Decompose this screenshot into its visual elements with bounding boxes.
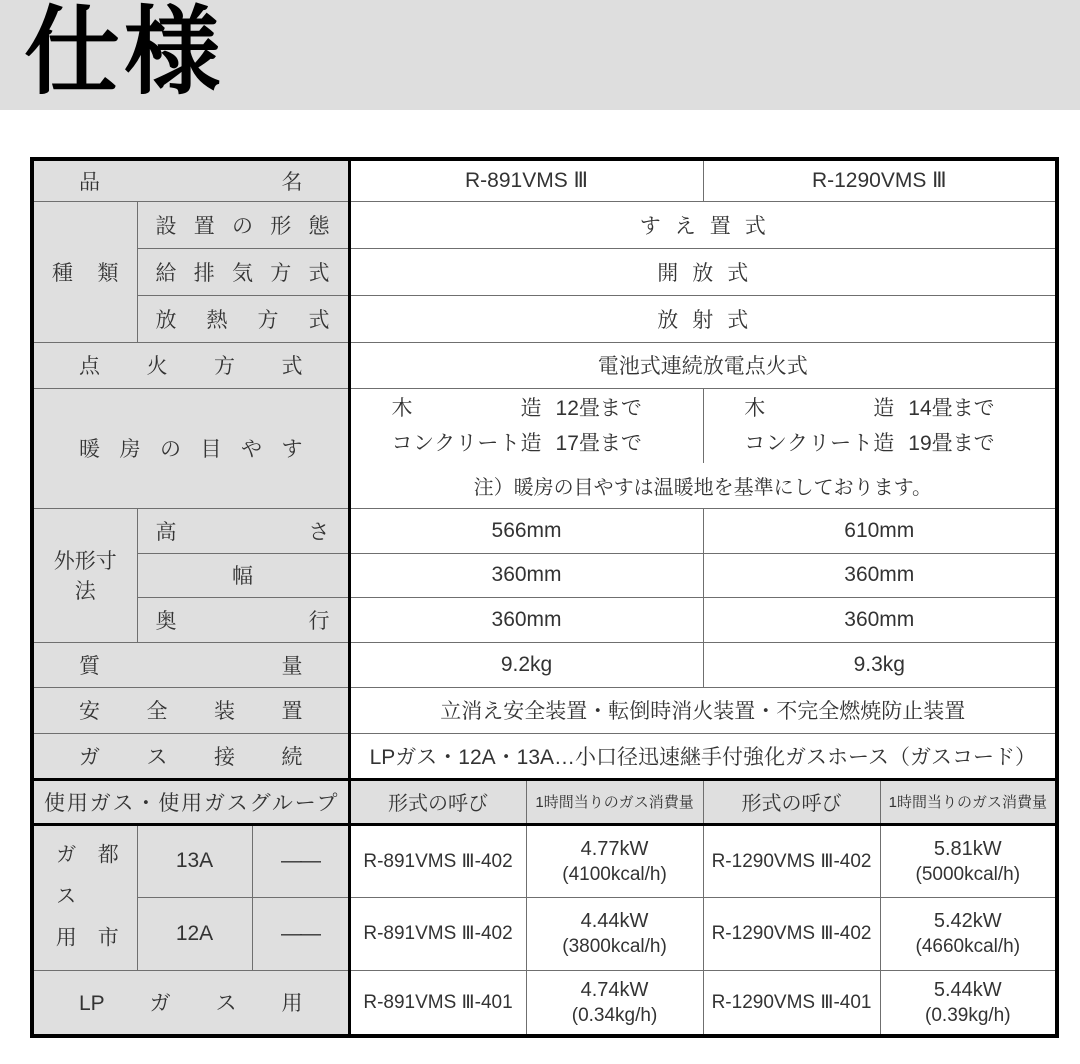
label-ignition-method: 点火方式 bbox=[32, 342, 349, 388]
cell-13a-model-1: R-891VMS Ⅲ-402 bbox=[349, 824, 526, 897]
label-city-gas: 都市 ガス用 bbox=[32, 824, 137, 970]
value-weight-1: 9.2kg bbox=[349, 642, 703, 687]
heating-line: コンクリート造 19畳まで bbox=[704, 426, 1056, 461]
kw-value: 5.42kW bbox=[881, 908, 1056, 935]
header-model-type-2: 形式の呼び bbox=[703, 779, 880, 824]
cell-12a-model-1: R-891VMS Ⅲ-402 bbox=[349, 897, 526, 970]
row-depth: 奥行 360mm 360mm bbox=[32, 597, 1057, 642]
building-type: コンクリート造 bbox=[744, 426, 894, 461]
row-weight: 質量 9.2kg 9.3kg bbox=[32, 642, 1057, 687]
label-safety-devices: 安全装置 bbox=[32, 687, 349, 733]
value-safety-devices: 立消え安全装置・転倒時消火装置・不完全燃焼防止装置 bbox=[349, 687, 1057, 733]
room-capacity: 12畳まで bbox=[556, 391, 662, 426]
kw-value: 4.74kW bbox=[527, 977, 703, 1004]
dash-13a: —— bbox=[252, 824, 349, 897]
spec-table: 品名 R-891VMS Ⅲ R-1290VMS Ⅲ 種類 設置の形態 すえ置式 … bbox=[30, 157, 1059, 1038]
row-height: 外形寸法 高さ 566mm 610mm bbox=[32, 508, 1057, 553]
header-consumption-2: 1時間当りのガス消費量 bbox=[880, 779, 1057, 824]
label-product-name: 品名 bbox=[32, 159, 349, 201]
row-safety: 安全装置 立消え安全装置・転倒時消火装置・不完全燃焼防止装置 bbox=[32, 687, 1057, 733]
label-type: 種類 bbox=[32, 201, 137, 342]
value-weight-2: 9.3kg bbox=[703, 642, 1057, 687]
header-model-type-1: 形式の呼び bbox=[349, 779, 526, 824]
value-model-2: R-1290VMS Ⅲ bbox=[703, 159, 1057, 201]
value-height-1: 566mm bbox=[349, 508, 703, 553]
spec-sheet-page: 仕様 品名 R-891VMS Ⅲ R-1290VMS Ⅲ 種類 設置の形態 すえ… bbox=[0, 0, 1080, 1064]
row-installation-form: 種類 設置の形態 すえ置式 bbox=[32, 201, 1057, 248]
row-gas-table-header: 使用ガス・使用ガスグループ 形式の呼び 1時間当りのガス消費量 形式の呼び 1時… bbox=[32, 779, 1057, 824]
cell-lp-model-1: R-891VMS Ⅲ-401 bbox=[349, 970, 526, 1036]
row-heat-radiation: 放熱方式 放射式 bbox=[32, 295, 1057, 342]
city-gas-vertical-text: 都市 ガス用 bbox=[43, 843, 127, 947]
kw-value: 4.77kW bbox=[527, 836, 703, 863]
label-depth: 奥行 bbox=[137, 597, 349, 642]
kcal-value: (3800kcal/h) bbox=[527, 935, 703, 959]
cell-lp-model-2: R-1290VMS Ⅲ-401 bbox=[703, 970, 880, 1036]
title-banner: 仕様 bbox=[0, 0, 1080, 110]
value-height-2: 610mm bbox=[703, 508, 1057, 553]
row-gas-connection: ガス接続 LPガス・12A・13A…小口径迅速継手付強化ガスホース（ガスコード） bbox=[32, 733, 1057, 779]
kcal-value: (4100kcal/h) bbox=[527, 863, 703, 887]
heating-note: 注）暖房の目やすは温暖地を基準にしております。 bbox=[349, 463, 1057, 508]
cell-13a-consumption-2: 5.81kW (5000kcal/h) bbox=[880, 824, 1057, 897]
cell-12a-consumption-2: 5.42kW (4660kcal/h) bbox=[880, 897, 1057, 970]
header-consumption-1: 1時間当りのガス消費量 bbox=[526, 779, 703, 824]
building-type: 木造 bbox=[744, 391, 894, 426]
value-ignition-method: 電池式連続放電点火式 bbox=[349, 342, 1057, 388]
cell-12a-model-2: R-1290VMS Ⅲ-402 bbox=[703, 897, 880, 970]
value-depth-2: 360mm bbox=[703, 597, 1057, 642]
label-width: 幅 bbox=[137, 553, 349, 597]
heating-line: コンクリート造 17畳まで bbox=[351, 426, 703, 461]
row-width: 幅 360mm 360mm bbox=[32, 553, 1057, 597]
row-gas-lp: LPガス用 R-891VMS Ⅲ-401 4.74kW (0.34kg/h) R… bbox=[32, 970, 1057, 1036]
room-capacity: 14畳まで bbox=[908, 391, 1014, 426]
dash-12a: —— bbox=[252, 897, 349, 970]
kw-value: 5.44kW bbox=[881, 977, 1056, 1004]
value-installation-form: すえ置式 bbox=[349, 201, 1057, 248]
kcal-value: (5000kcal/h) bbox=[881, 863, 1056, 887]
label-heating-guide: 暖房の目やす bbox=[32, 388, 349, 508]
label-air-supply-method: 給排気方式 bbox=[137, 248, 349, 295]
kcal-value: (4660kcal/h) bbox=[881, 935, 1056, 959]
heating-line: 木造 12畳まで bbox=[351, 391, 703, 426]
value-gas-connection: LPガス・12A・13A…小口径迅速継手付強化ガスホース（ガスコード） bbox=[349, 733, 1057, 779]
kg-value: (0.34kg/h) bbox=[527, 1004, 703, 1028]
value-heating-guide-1: 木造 12畳まで コンクリート造 17畳まで bbox=[349, 388, 703, 463]
cell-13a-model-2: R-1290VMS Ⅲ-402 bbox=[703, 824, 880, 897]
building-type: 木造 bbox=[392, 391, 542, 426]
label-installation-form: 設置の形態 bbox=[137, 201, 349, 248]
cell-12a-consumption-1: 4.44kW (3800kcal/h) bbox=[526, 897, 703, 970]
row-heating-guide: 暖房の目やす 木造 12畳まで コンクリート造 17畳まで 木造 14畳まで bbox=[32, 388, 1057, 463]
value-width-2: 360mm bbox=[703, 553, 1057, 597]
cell-13a-consumption-1: 4.77kW (4100kcal/h) bbox=[526, 824, 703, 897]
row-ignition: 点火方式 電池式連続放電点火式 bbox=[32, 342, 1057, 388]
value-heat-radiation-method: 放射式 bbox=[349, 295, 1057, 342]
label-gas-connection: ガス接続 bbox=[32, 733, 349, 779]
label-height: 高さ bbox=[137, 508, 349, 553]
label-13a: 13A bbox=[137, 824, 252, 897]
row-product-name: 品名 R-891VMS Ⅲ R-1290VMS Ⅲ bbox=[32, 159, 1057, 201]
label-dimensions: 外形寸法 bbox=[32, 508, 137, 642]
room-capacity: 17畳まで bbox=[556, 426, 662, 461]
label-heat-radiation-method: 放熱方式 bbox=[137, 295, 349, 342]
building-type: コンクリート造 bbox=[392, 426, 542, 461]
heating-line: 木造 14畳まで bbox=[704, 391, 1056, 426]
label-12a: 12A bbox=[137, 897, 252, 970]
page-title: 仕様 bbox=[0, 0, 1080, 106]
cell-lp-consumption-2: 5.44kW (0.39kg/h) bbox=[880, 970, 1057, 1036]
cell-lp-consumption-1: 4.74kW (0.34kg/h) bbox=[526, 970, 703, 1036]
value-depth-1: 360mm bbox=[349, 597, 703, 642]
label-weight: 質量 bbox=[32, 642, 349, 687]
label-lp-gas: LPガス用 bbox=[32, 970, 349, 1036]
value-width-1: 360mm bbox=[349, 553, 703, 597]
kw-value: 4.44kW bbox=[527, 908, 703, 935]
kg-value: (0.39kg/h) bbox=[881, 1004, 1056, 1028]
kw-value: 5.81kW bbox=[881, 836, 1056, 863]
row-gas-13a: 都市 ガス用 13A —— R-891VMS Ⅲ-402 4.77kW (410… bbox=[32, 824, 1057, 897]
row-air-supply: 給排気方式 開放式 bbox=[32, 248, 1057, 295]
header-gas-group: 使用ガス・使用ガスグループ bbox=[32, 779, 349, 824]
row-gas-12a: 12A —— R-891VMS Ⅲ-402 4.44kW (3800kcal/h… bbox=[32, 897, 1057, 970]
room-capacity: 19畳まで bbox=[908, 426, 1014, 461]
value-model-1: R-891VMS Ⅲ bbox=[349, 159, 703, 201]
value-air-supply-method: 開放式 bbox=[349, 248, 1057, 295]
value-heating-guide-2: 木造 14畳まで コンクリート造 19畳まで bbox=[703, 388, 1057, 463]
